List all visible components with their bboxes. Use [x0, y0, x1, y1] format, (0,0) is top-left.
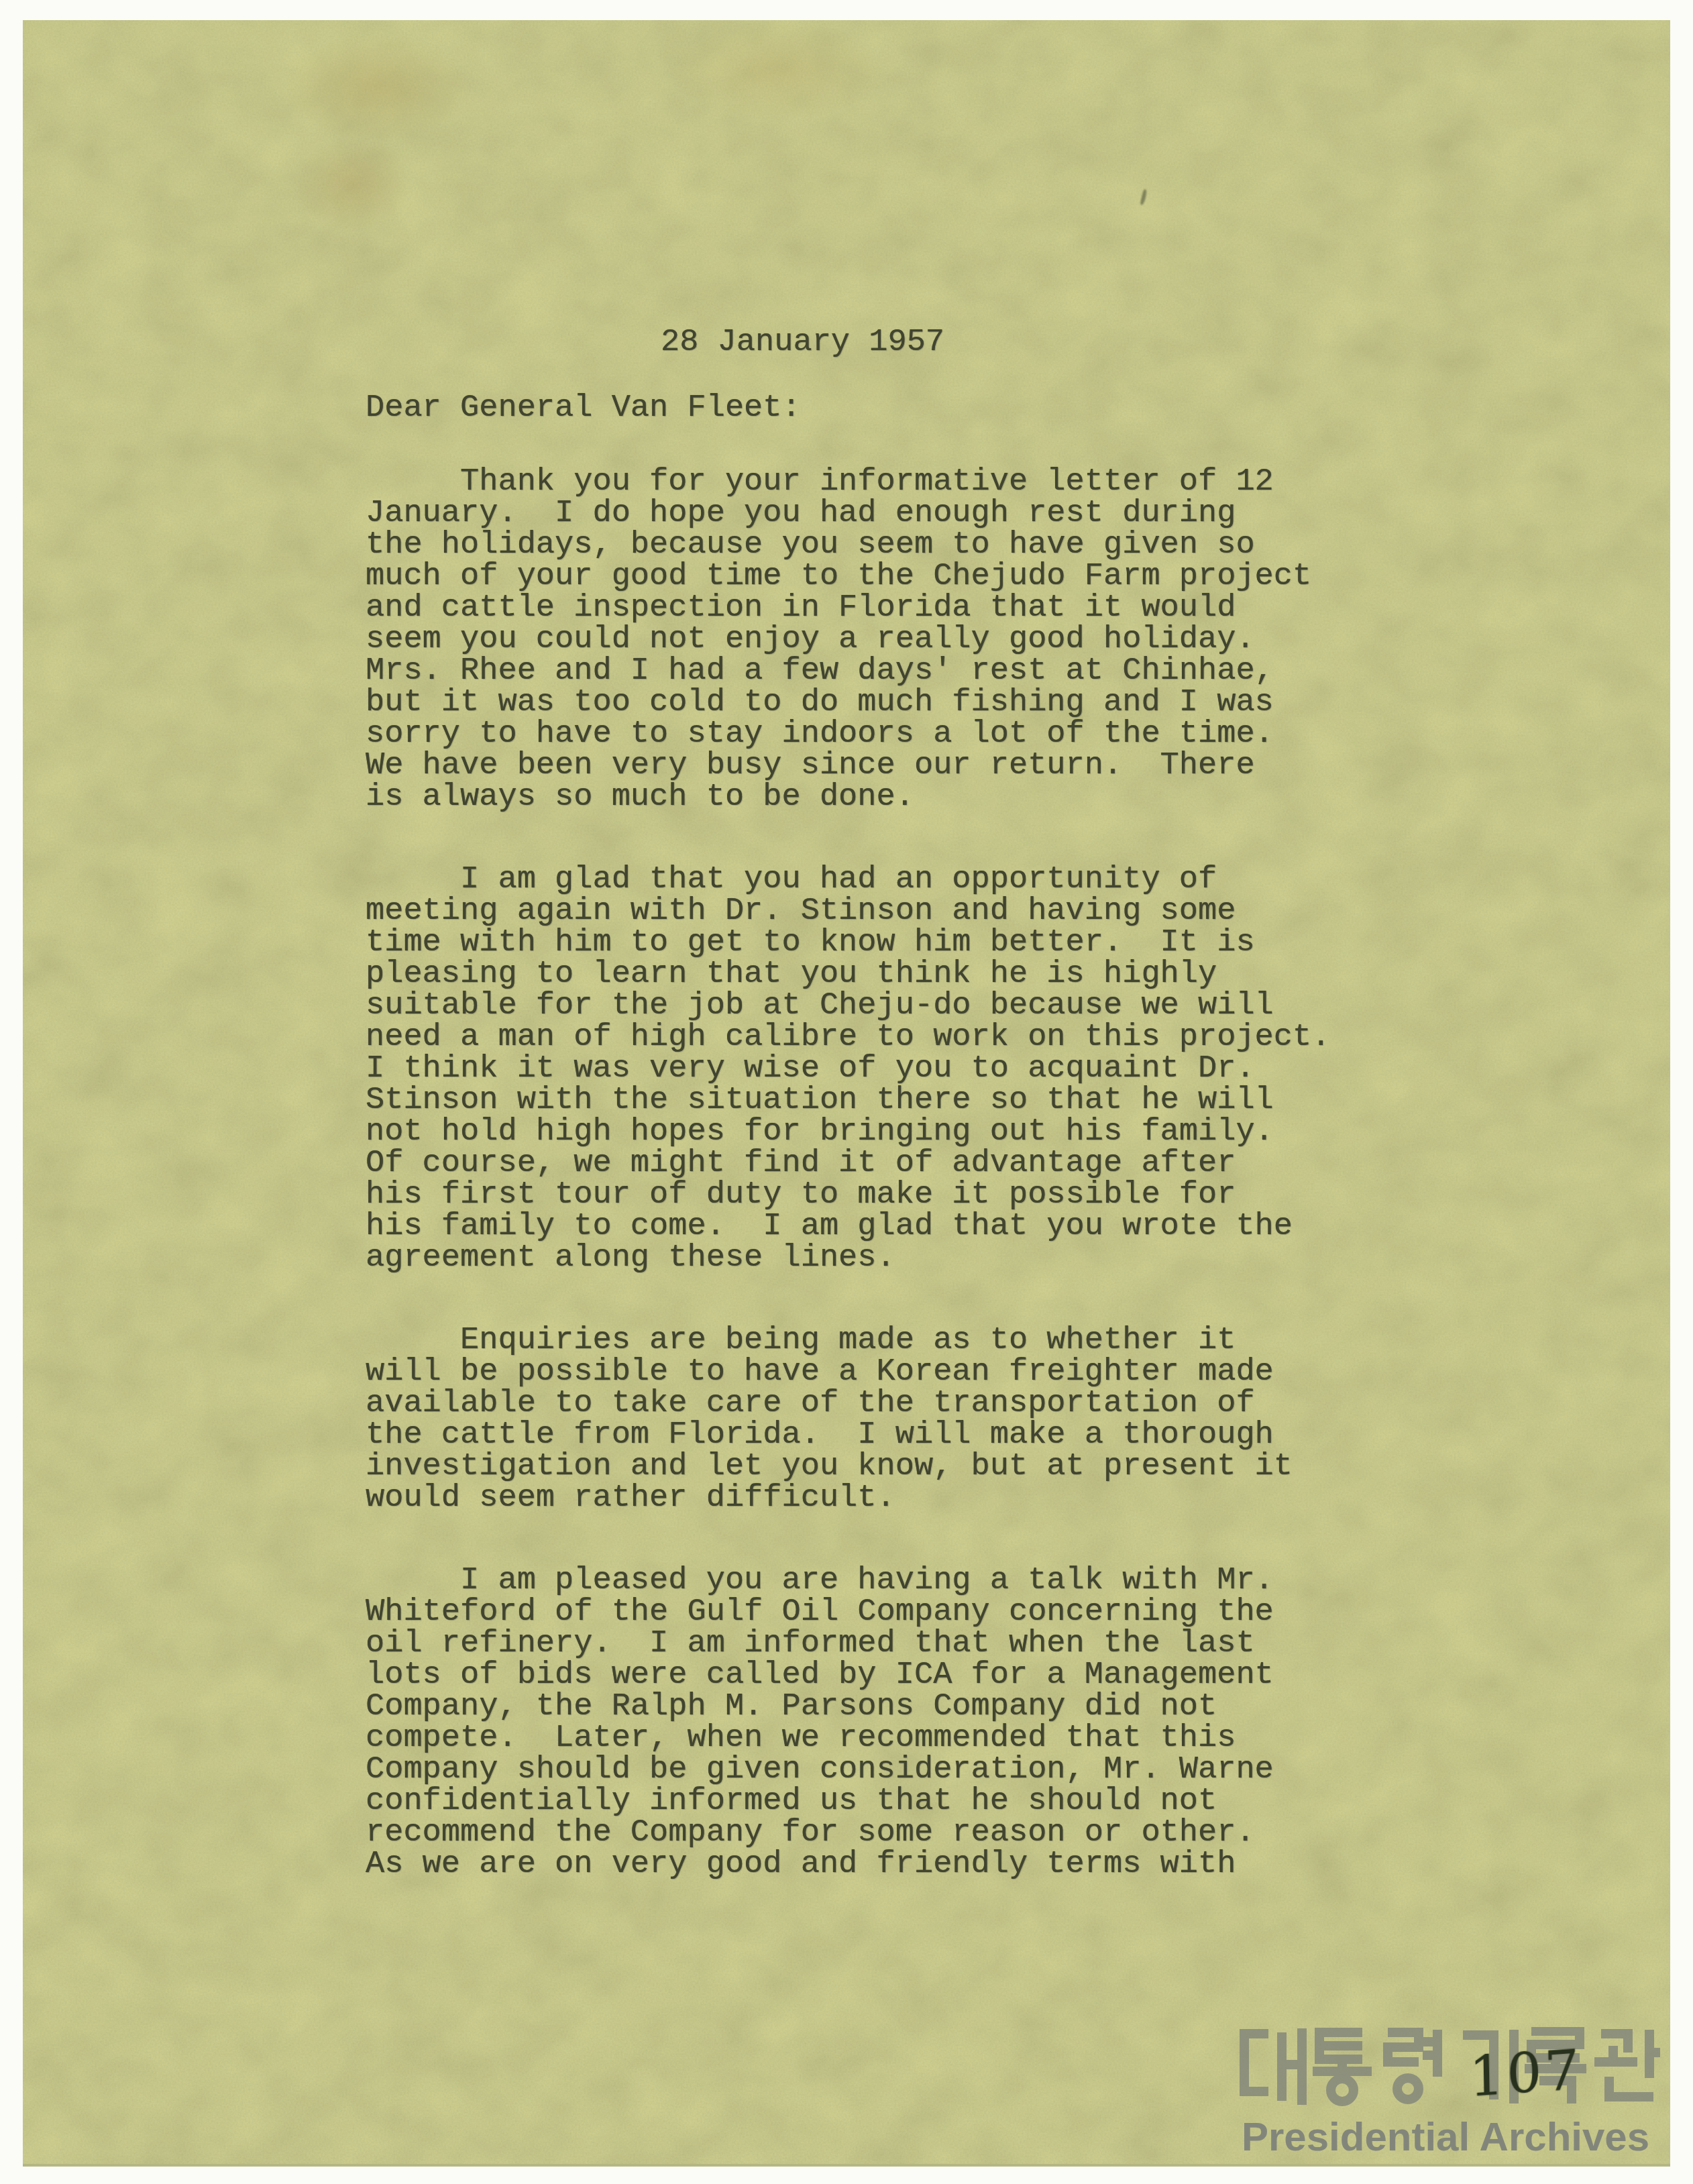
letter-body: Thank you for your informative letter of… [366, 466, 1385, 1880]
letter-line: would seem rather difficult. [366, 1482, 1385, 1514]
letter-line: the holidays, because you seem to have g… [366, 529, 1385, 561]
letter-line: suitable for the job at Cheju-do because… [366, 990, 1385, 1022]
letter-line: I think it was very wise of you to acqua… [366, 1053, 1385, 1085]
letter-line: not hold high hopes for bringing out his… [366, 1116, 1385, 1148]
letter-line: Company should be given consideration, M… [366, 1754, 1385, 1786]
letter-line: lots of bids were called by ICA for a Ma… [366, 1659, 1385, 1691]
letter-line: January. I do hope you had enough rest d… [366, 498, 1385, 529]
letter-line: will be possible to have a Korean freigh… [366, 1356, 1385, 1388]
scanned-letter-page: 28 January 1957 Dear General Van Fleet: … [0, 0, 1693, 2184]
letter-paragraph: I am glad that you had an opportunity of… [366, 864, 1385, 1274]
letter-line: time with him to get to know him better.… [366, 927, 1385, 959]
letter-line: Mrs. Rhee and I had a few days' rest at … [366, 655, 1385, 687]
letter-line: sorry to have to stay indoors a lot of t… [366, 718, 1385, 750]
letter-line: Enquiries are being made as to whether i… [366, 1325, 1385, 1356]
paper-stain [295, 138, 409, 231]
paper-stain [282, 34, 470, 141]
letter-line: recommend the Company for some reason or… [366, 1817, 1385, 1849]
letter-paragraph: Thank you for your informative letter of… [366, 466, 1385, 813]
paper-stain [671, 20, 885, 121]
korean-watermark-대통령기록관 [1238, 2027, 1664, 2106]
letter-line: Whiteford of the Gulf Oil Company concer… [366, 1596, 1385, 1628]
letter-line: available to take care of the transporta… [366, 1388, 1385, 1419]
letter-line: Thank you for your informative letter of… [366, 466, 1385, 498]
letter-line: Of course, we might find it of advantage… [366, 1148, 1385, 1179]
letter-line: Stinson with the situation there so that… [366, 1085, 1385, 1116]
letter-line: agreement along these lines. [366, 1242, 1385, 1274]
letter-line: his family to come. I am glad that you w… [366, 1211, 1385, 1242]
letter-line: is always so much to be done. [366, 781, 1385, 813]
letter-line: confidentially informed us that he shoul… [366, 1786, 1385, 1817]
letter-line: I am pleased you are having a talk with … [366, 1565, 1385, 1596]
letter-line: much of your good time to the Chejudo Fa… [366, 561, 1385, 592]
letter-paragraph: Enquiries are being made as to whether i… [366, 1325, 1385, 1514]
letter-line: meeting again with Dr. Stinson and havin… [366, 895, 1385, 927]
letter-line: compete. Later, when we recommended that… [366, 1723, 1385, 1754]
letter-line: the cattle from Florida. I will make a t… [366, 1419, 1385, 1451]
presidential-archives-label: Presidential Archives [1242, 2116, 1670, 2159]
page-number-stamp: 107 [1468, 2043, 1582, 2106]
ink-stray-mark [1140, 189, 1148, 206]
letter-line: We have been very busy since our return.… [366, 750, 1385, 781]
letter-paragraph: I am pleased you are having a talk with … [366, 1565, 1385, 1880]
letter-line: investigation and let you know, but at p… [366, 1451, 1385, 1482]
letter-salutation: Dear General Van Fleet: [366, 392, 1385, 424]
letter-line: I am glad that you had an opportunity of [366, 864, 1385, 895]
letter-line: seem you could not enjoy a really good h… [366, 624, 1385, 655]
letter-line: oil refinery. I am informed that when th… [366, 1628, 1385, 1659]
letter-line: Company, the Ralph M. Parsons Company di… [366, 1691, 1385, 1723]
paper: 28 January 1957 Dear General Van Fleet: … [23, 20, 1670, 2167]
letter-date: 28 January 1957 [661, 327, 1385, 358]
letter-line: pleasing to learn that you think he is h… [366, 959, 1385, 990]
letter-content: 28 January 1957 Dear General Van Fleet: … [366, 327, 1385, 1880]
letter-line: but it was too cold to do much fishing a… [366, 687, 1385, 718]
letter-line: his first tour of duty to make it possib… [366, 1179, 1385, 1211]
letter-line: As we are on very good and friendly term… [366, 1849, 1385, 1880]
letter-line: need a man of high calibre to work on th… [366, 1022, 1385, 1053]
letter-line: and cattle inspection in Florida that it… [366, 592, 1385, 624]
